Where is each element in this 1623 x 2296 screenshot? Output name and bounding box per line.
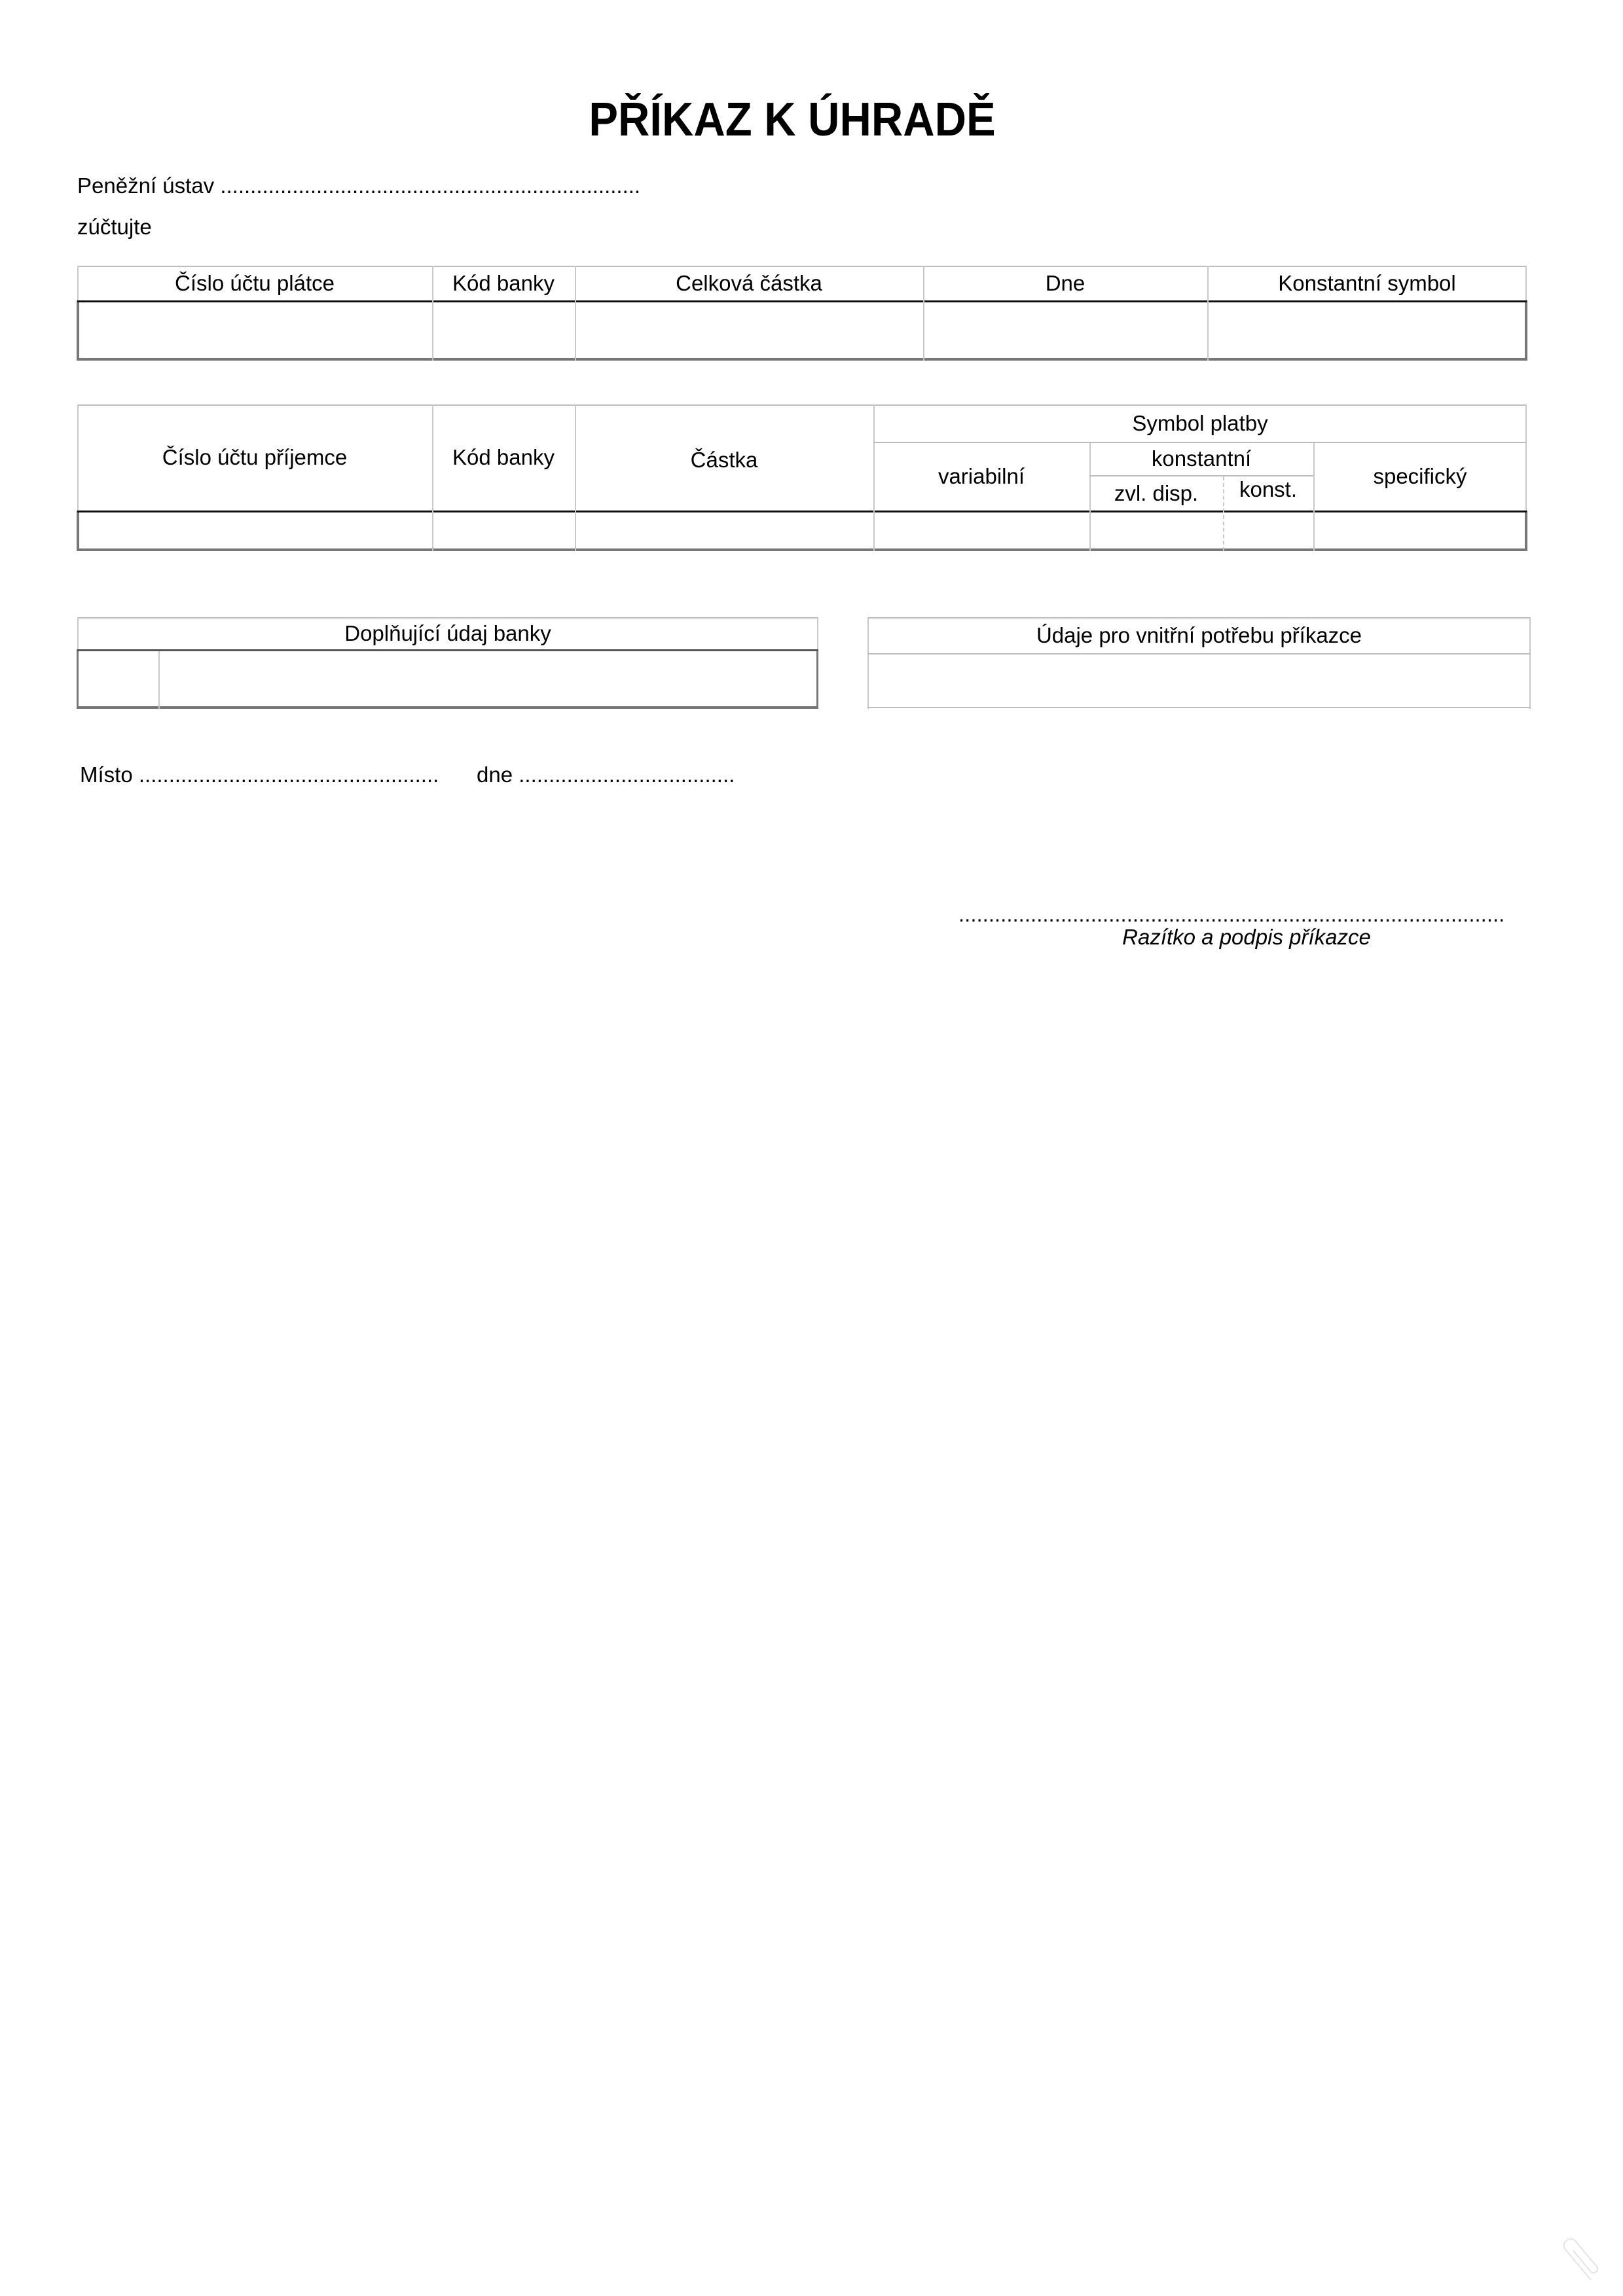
table-border — [77, 300, 79, 361]
signature-caption: Razítko a podpis příkazce — [958, 925, 1535, 950]
bank-info-text-input[interactable] — [160, 652, 816, 706]
internal-info-input[interactable] — [869, 655, 1529, 707]
table-border — [867, 707, 1531, 708]
signature-line[interactable]: ........................................… — [958, 902, 1504, 927]
header-payer-account: Číslo účtu plátce — [77, 266, 432, 301]
table-border — [77, 511, 79, 551]
bank-field-line[interactable]: Peněžní ústav ..........................… — [77, 173, 640, 198]
header-amount: Částka — [575, 407, 873, 513]
header-constant-group: konstantní — [1089, 442, 1313, 475]
header-constant: konst. — [1223, 473, 1313, 507]
header-specific: specifický — [1313, 442, 1527, 511]
header-bank-info: Doplňující údaj banky — [77, 617, 818, 649]
place-label: Místo — [80, 762, 133, 787]
table-border — [816, 649, 818, 709]
header-payment-symbol: Symbol platby — [873, 404, 1527, 442]
header-internal-info: Údaje pro vnitřní potřebu příkazce — [867, 617, 1531, 653]
bank-dots: ........................................… — [220, 173, 640, 198]
total-amount-input[interactable] — [576, 303, 922, 358]
table-border — [77, 358, 1527, 361]
table-border — [1525, 300, 1527, 361]
header-total-amount: Celková částka — [575, 266, 923, 301]
table-border — [1525, 511, 1527, 551]
amount-input[interactable] — [576, 513, 872, 548]
place-field-line[interactable]: Místo ..................................… — [80, 762, 439, 787]
bank-info-table: Doplňující údaj banky — [77, 617, 818, 709]
header-divider — [77, 649, 818, 651]
date-dots: .................................... — [519, 762, 735, 787]
internal-info-table: Údaje pro vnitřní potřebu příkazce — [867, 617, 1531, 709]
payer-bank-code-input[interactable] — [433, 303, 574, 358]
paperclip-icon — [1555, 2229, 1607, 2287]
bank-label: Peněžní ústav — [77, 173, 214, 198]
table-border — [77, 706, 818, 709]
payee-table: Číslo účtu příjemce Kód banky Částka Sym… — [77, 404, 1527, 551]
date-input[interactable] — [924, 303, 1206, 358]
date-field-line[interactable]: dne .................................... — [477, 762, 735, 787]
payee-bank-code-input[interactable] — [433, 513, 574, 548]
debit-label: zúčtujte — [77, 215, 152, 240]
bank-info-code-input[interactable] — [79, 652, 158, 706]
date-label: dne — [477, 762, 513, 787]
payee-account-input[interactable] — [80, 513, 431, 548]
header-special-disposition: zvl. disp. — [1089, 476, 1223, 511]
constant-symbol-input[interactable] — [1209, 303, 1524, 358]
header-bank-code: Kód banky — [432, 266, 575, 301]
header-bank-code: Kód banky — [432, 404, 575, 511]
table-border — [77, 649, 79, 709]
payer-account-input[interactable] — [80, 303, 431, 358]
variable-symbol-input[interactable] — [875, 513, 1088, 548]
header-divider — [867, 653, 1531, 655]
table-border — [77, 548, 1527, 551]
header-variable: variabilní — [873, 442, 1089, 511]
document-title: PŘÍKAZ K ÚHRADĚ — [56, 93, 1529, 147]
specific-symbol-input[interactable] — [1315, 513, 1524, 548]
special-disposition-input[interactable] — [1091, 513, 1222, 548]
header-payee-account: Číslo účtu příjemce — [77, 404, 432, 511]
place-dots: ........................................… — [139, 762, 439, 787]
constant-symbol-input[interactable] — [1224, 513, 1312, 548]
payer-table: Číslo účtu plátce Kód banky Celková část… — [77, 266, 1527, 361]
header-constant-symbol: Konstantní symbol — [1207, 266, 1527, 301]
header-date: Dne — [923, 266, 1207, 301]
